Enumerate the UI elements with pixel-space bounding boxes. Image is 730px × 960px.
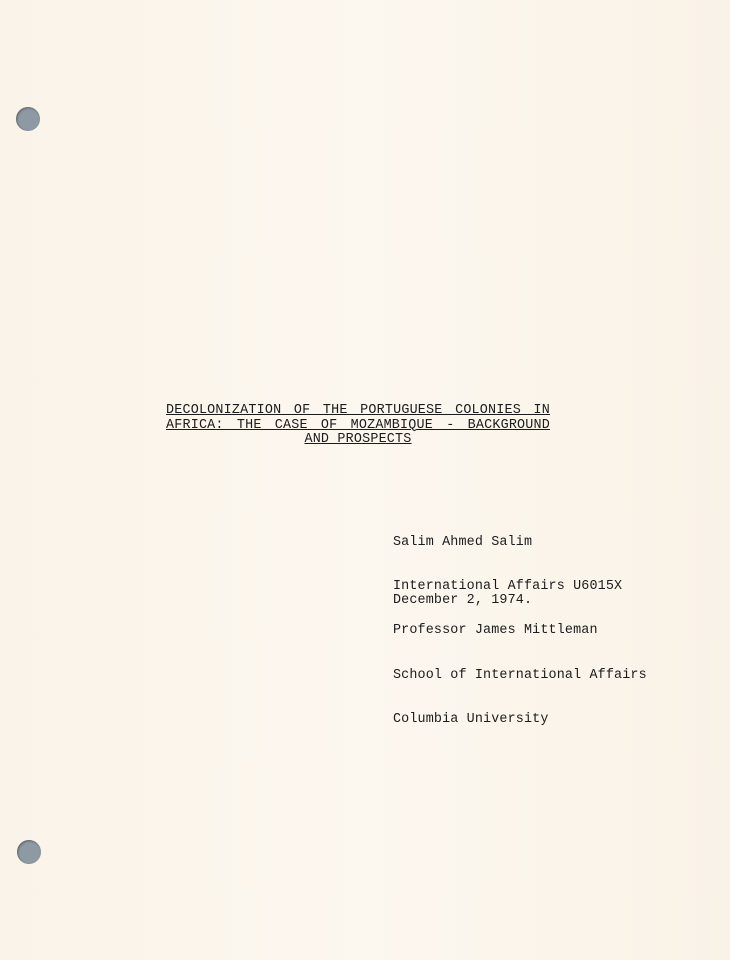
punch-hole-top — [16, 107, 40, 131]
author-block: Salim Ahmed Salim International Affairs … — [393, 506, 647, 758]
document-title: DECOLONIZATION OF THE PORTUGUESE COLONIE… — [166, 404, 550, 448]
title-line-3: AND PROSPECTS — [166, 433, 550, 448]
author-name: Salim Ahmed Salim — [393, 536, 647, 551]
document-page: DECOLONIZATION OF THE PORTUGUESE COLONIE… — [0, 0, 730, 960]
professor: Professor James Mittleman — [393, 624, 647, 639]
document-date: December 2, 1974. — [393, 594, 532, 609]
title-line-1: DECOLONIZATION OF THE PORTUGUESE COLONIE… — [166, 404, 550, 419]
university: Columbia University — [393, 713, 647, 728]
title-line-2: AFRICA: THE CASE OF MOZAMBIQUE - BACKGRO… — [166, 419, 550, 434]
punch-hole-bottom — [17, 840, 41, 864]
school: School of International Affairs — [393, 669, 647, 684]
